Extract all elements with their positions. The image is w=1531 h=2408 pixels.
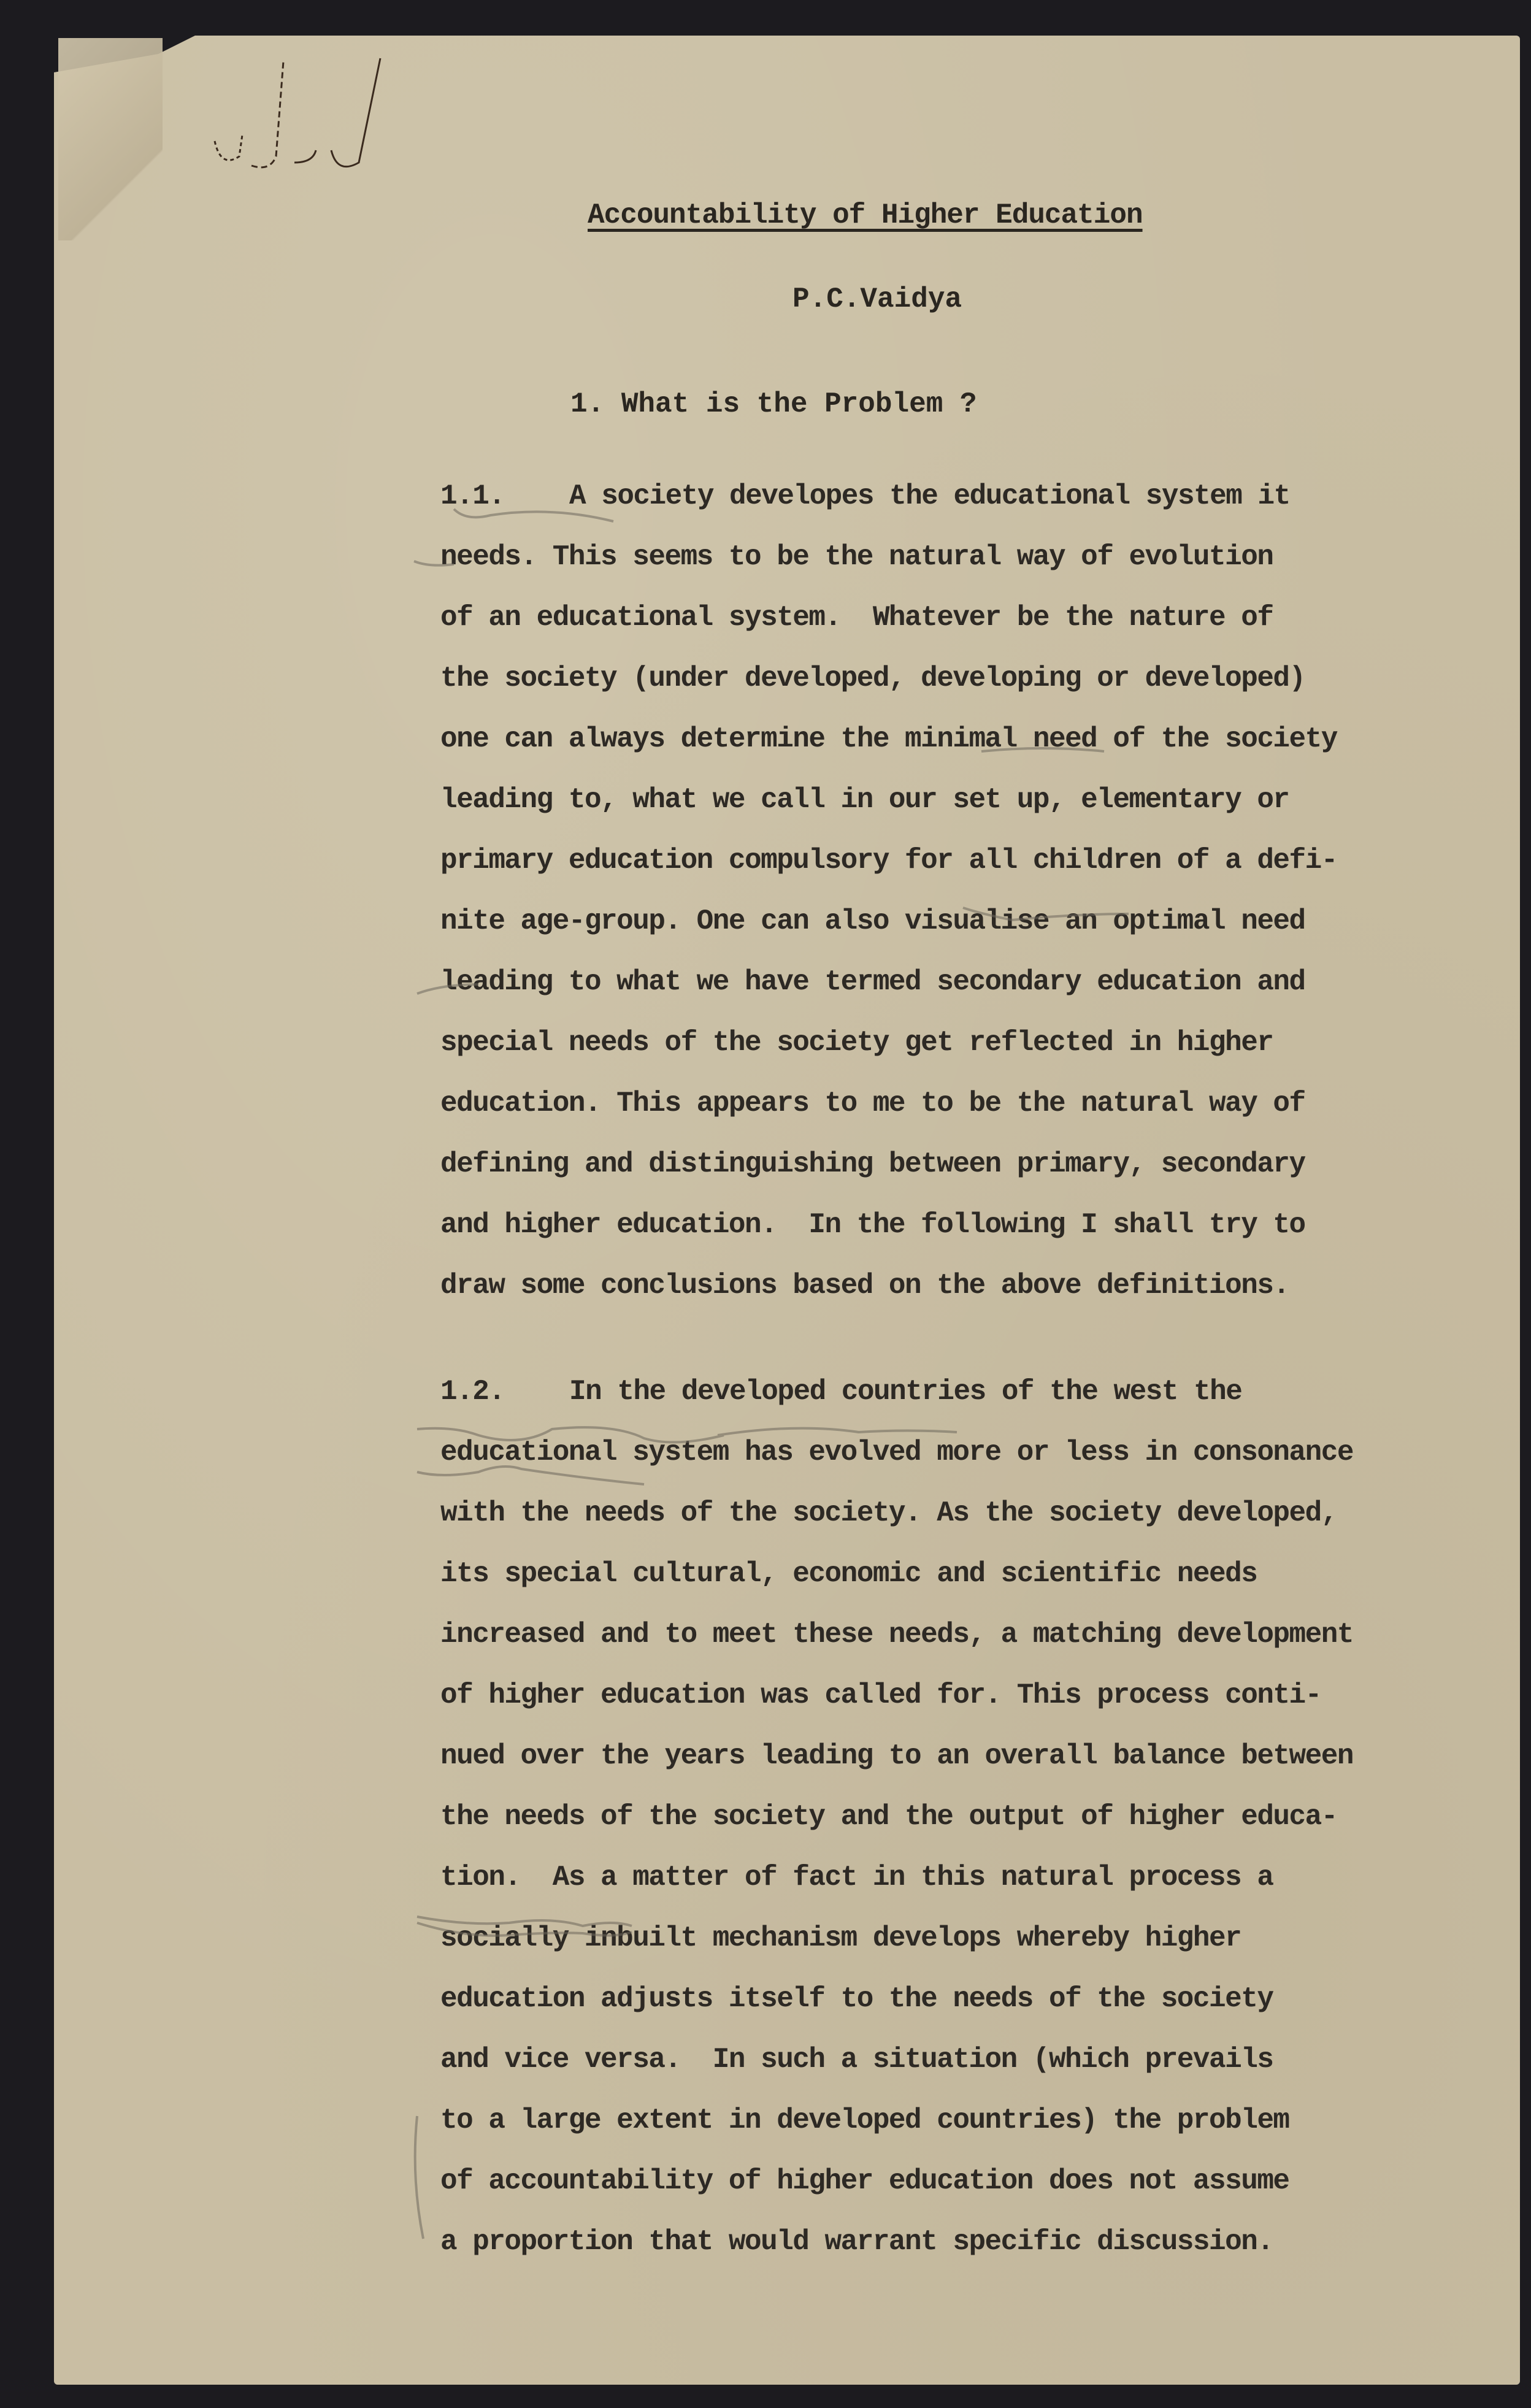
text-line: primary education compulsory for all chi… <box>440 830 1337 891</box>
section-heading: 1. What is the Problem ? <box>570 388 977 420</box>
text-line: the society (under developed, developing… <box>440 648 1337 709</box>
text-line: leading to what we have termed secondary… <box>440 952 1337 1013</box>
text-line: special needs of the society get reflect… <box>440 1013 1337 1073</box>
paragraph-1-1: 1.1.A society developes the educational … <box>440 466 1337 1316</box>
text-line: of accountability of higher education do… <box>440 2151 1353 2212</box>
text-line: In the developed countries of the west t… <box>569 1376 1241 1408</box>
paragraph-1-2: 1.2.In the developed countries of the we… <box>440 1362 1353 2272</box>
text-line: tion. As a matter of fact in this natura… <box>440 1847 1353 1908</box>
text-line: nued over the years leading to an overal… <box>440 1726 1353 1787</box>
text-line: education. This appears to me to be the … <box>440 1073 1337 1134</box>
paragraph-number: 1.1. <box>440 466 569 527</box>
text-line: A society developes the educational syst… <box>569 480 1290 512</box>
text-line: the needs of the society and the output … <box>440 1787 1353 1847</box>
text-line: increased and to meet these needs, a mat… <box>440 1605 1353 1665</box>
text-line: and higher education. In the following I… <box>440 1195 1337 1256</box>
text-line: a proportion that would warrant specific… <box>440 2212 1353 2272</box>
text-line: of higher education was called for. This… <box>440 1665 1353 1726</box>
document-title: Accountability of Higher Education <box>588 199 1143 231</box>
text-line: nite age-group. One can also visualise a… <box>440 891 1337 952</box>
text-line: socially inbuilt mechanism develops wher… <box>440 1908 1353 1969</box>
text-line: education adjusts itself to the needs of… <box>440 1969 1353 2030</box>
text-line: and vice versa. In such a situation (whi… <box>440 2030 1353 2090</box>
text-line: with the needs of the society. As the so… <box>440 1483 1353 1544</box>
text-line: leading to, what we call in our set up, … <box>440 770 1337 830</box>
text-line: needs. This seems to be the natural way … <box>440 527 1337 588</box>
text-line: draw some conclusions based on the above… <box>440 1256 1337 1316</box>
text-line: one can always determine the minimal nee… <box>440 709 1337 770</box>
text-line: to a large extent in developed countries… <box>440 2090 1353 2151</box>
author-name: P.C.Vaidya <box>792 283 962 315</box>
paragraph-number: 1.2. <box>440 1362 569 1422</box>
text-line: its special cultural, economic and scien… <box>440 1544 1353 1605</box>
text-line: defining and distinguishing between prim… <box>440 1134 1337 1195</box>
text-line: educational system has evolved more or l… <box>440 1422 1353 1483</box>
handwritten-mark-icon <box>147 25 405 209</box>
text-line: of an educational system. Whatever be th… <box>440 588 1337 648</box>
